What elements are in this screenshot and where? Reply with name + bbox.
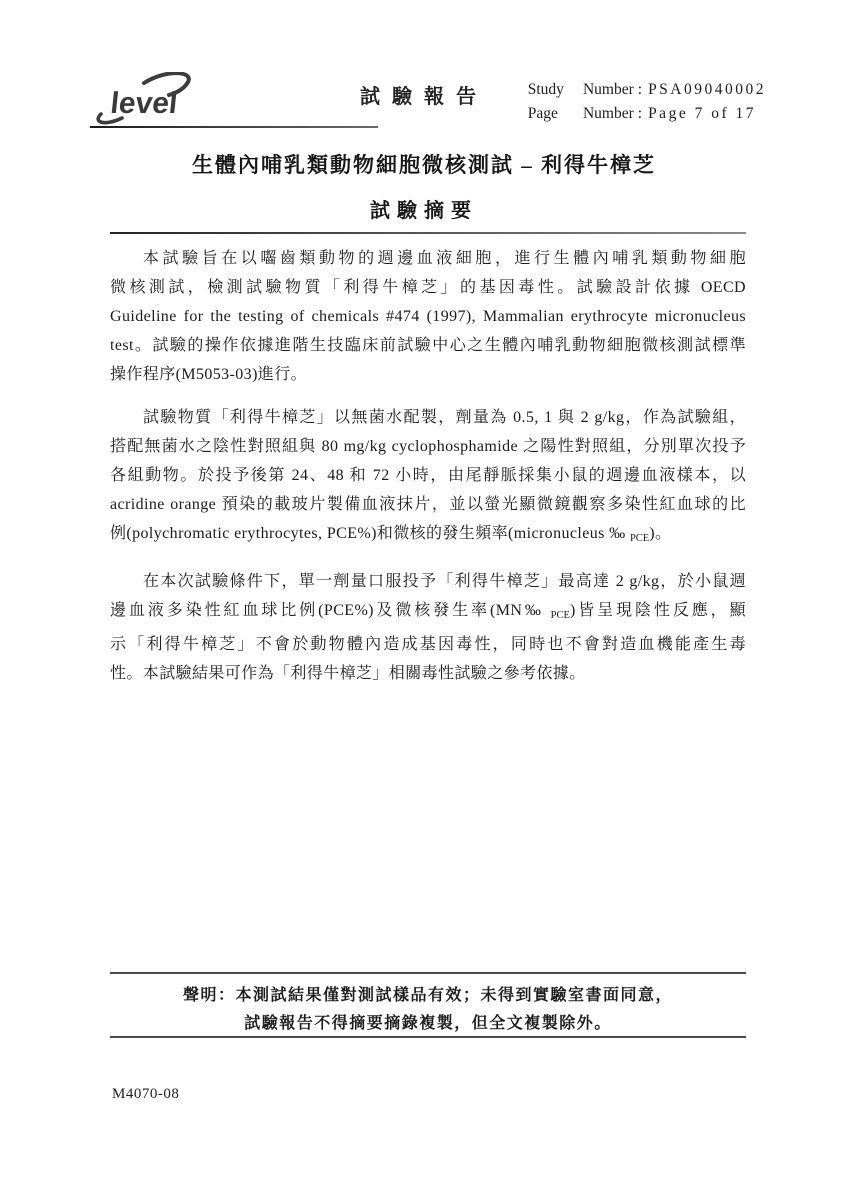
study-number-colon: :: [634, 78, 648, 102]
text-segment: 搭配無菌水之陰性對照組與 80 mg/kg cyclophosphamide 之…: [110, 438, 746, 455]
text-segment: )。: [649, 525, 671, 542]
header-divider: [90, 126, 378, 128]
page-number-row: Page Number : Page 7 of 17: [528, 102, 766, 126]
text-line: Guideline for the testing of chemicals #…: [110, 302, 746, 331]
text-line: 示「利得牛樟芝」不會於動物體內造成基因毒性，同時也不會對造血機能產生毒: [110, 630, 746, 659]
text-line: acridine orange 預染的載玻片製備血液抹片，並以螢光顯微鏡觀察多染…: [110, 490, 746, 519]
text-line: 搭配無菌水之陰性對照組與 80 mg/kg cyclophosphamide 之…: [110, 432, 746, 461]
text-segment: 例(polychromatic erythrocytes, PCE%)和微核的發…: [110, 525, 630, 542]
page-number-colon: :: [634, 102, 648, 126]
study-number-value: PSA09040002: [648, 78, 766, 102]
subscript-text: PCE: [551, 610, 570, 621]
text-segment: 本試驗旨在以囓齒類動物的週邊血液細胞，進行生體內哺乳類動物細胞: [143, 250, 746, 267]
subscript-text: PCE: [630, 533, 649, 544]
declaration-line-2: 試驗報告不得摘要摘錄複製，但全文複製除外。: [110, 1010, 746, 1038]
text-segment: test。試驗的操作依據進階生技臨床前試驗中心之生體內哺乳動物細胞微核測試標準: [110, 337, 746, 354]
text-segment: 各組動物。於投予後第 24、48 和 72 小時，由尾靜脈採集小鼠的週邊血液樣本…: [110, 467, 746, 484]
text-line: 微核測試，檢測試驗物質「利得牛樟芝」的基因毒性。試驗設計依據 OECD: [110, 273, 746, 302]
text-line: 邊血液多染性紅血球比例(PCE%)及微核發生率(MN‰ PCE)皆呈現陰性反應，…: [110, 596, 746, 630]
text-segment: )皆呈現陰性反應，顯: [570, 602, 746, 619]
paragraph: 試驗物質「利得牛樟芝」以無菌水配製，劑量為 0.5, 1 與 2 g/kg，作為…: [110, 403, 746, 553]
text-line: 操作程序(M5053-03)進行。: [110, 360, 746, 389]
text-line: 在本次試驗條件下，單一劑量口服投予「利得牛樟芝」最高達 2 g/kg，於小鼠週: [110, 567, 746, 596]
text-line: test。試驗的操作依據進階生技臨床前試驗中心之生體內哺乳動物細胞微核測試標準: [110, 331, 746, 360]
text-segment: 性。本試驗結果可作為「利得牛樟芝」相關毒性試驗之參考依據。: [110, 665, 586, 682]
study-number-label: Study Number: [528, 78, 634, 102]
section-title: 試驗摘要: [0, 194, 848, 223]
text-segment: acridine orange 預染的載玻片製備血液抹片，並以螢光顯微鏡觀察多染…: [110, 496, 746, 513]
text-line: 例(polychromatic erythrocytes, PCE%)和微核的發…: [110, 519, 746, 553]
body-paragraphs: 本試驗旨在以囓齒類動物的週邊血液細胞，進行生體內哺乳類動物細胞微核測試，檢測試驗…: [110, 244, 746, 702]
document-code: M4070-08: [112, 1086, 179, 1103]
report-page: level 試驗報告 Study Number : PSA09040002 Pa…: [0, 0, 848, 1200]
text-segment: Guideline for the testing of chemicals #…: [110, 308, 746, 325]
text-line: 各組動物。於投予後第 24、48 和 72 小時，由尾靜脈採集小鼠的週邊血液樣本…: [110, 461, 746, 490]
text-segment: 在本次試驗條件下，單一劑量口服投予「利得牛樟芝」最高達 2 g/kg，於小鼠週: [143, 573, 746, 590]
page-number-value: Page 7 of 17: [648, 102, 756, 126]
text-line: 本試驗旨在以囓齒類動物的週邊血液細胞，進行生體內哺乳類動物細胞: [110, 244, 746, 273]
footer-divider-bottom: [110, 1036, 746, 1038]
text-segment: 試驗物質「利得牛樟芝」以無菌水配製，劑量為 0.5, 1 與 2 g/kg，作為…: [143, 409, 746, 426]
header-meta: Study Number : PSA09040002 Page Number :…: [528, 78, 766, 126]
paragraph: 本試驗旨在以囓齒類動物的週邊血液細胞，進行生體內哺乳類動物細胞微核測試，檢測試驗…: [110, 244, 746, 389]
page-number-label: Page Number: [528, 102, 634, 126]
paragraph: 在本次試驗條件下，單一劑量口服投予「利得牛樟芝」最高達 2 g/kg，於小鼠週邊…: [110, 567, 746, 688]
page-title: 生體內哺乳類動物細胞微核測試 – 利得牛樟芝: [0, 149, 848, 179]
text-segment: 操作程序(M5053-03)進行。: [110, 366, 307, 383]
text-segment: 微核測試，檢測試驗物質「利得牛樟芝」的基因毒性。試驗設計依據 OECD: [110, 279, 746, 296]
footer-divider-top: [110, 972, 746, 974]
title-divider: [110, 232, 746, 234]
text-line: 試驗物質「利得牛樟芝」以無菌水配製，劑量為 0.5, 1 與 2 g/kg，作為…: [110, 403, 746, 432]
text-segment: 邊血液多染性紅血球比例(PCE%)及微核發生率(MN‰: [110, 602, 551, 619]
text-line: 性。本試驗結果可作為「利得牛樟芝」相關毒性試驗之參考依據。: [110, 659, 746, 688]
study-number-row: Study Number : PSA09040002: [528, 78, 766, 102]
text-segment: 示「利得牛樟芝」不會於動物體內造成基因毒性，同時也不會對造血機能產生毒: [110, 636, 746, 653]
declaration-line-1: 聲明：本測試結果僅對測試樣品有效；未得到實驗室書面同意，: [110, 982, 746, 1010]
